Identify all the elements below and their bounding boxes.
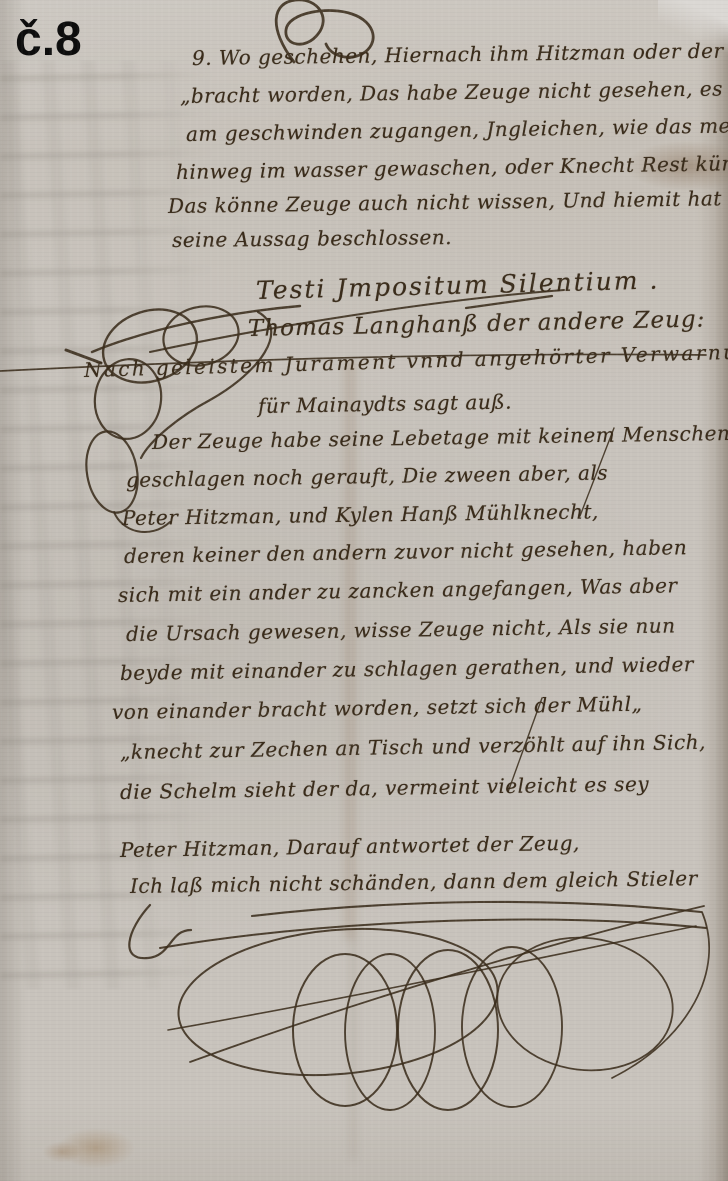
archival-number-label: č.8 <box>15 16 82 64</box>
fold-crease-lower <box>349 930 357 1160</box>
manuscript-line: Peter Hitzman, und Kylen Hanß Mühlknecht… <box>122 501 599 528</box>
oath-line: für Mainaydts sagt auß. <box>258 392 512 416</box>
manuscript-line: seine Aussag beschlossen. <box>172 227 452 250</box>
manuscript-line: hinweg im wasser gewaschen, oder Knecht … <box>176 153 728 182</box>
manuscript-line: Das könne Zeuge auch nicht wissen, Und h… <box>168 188 728 216</box>
manuscript-line: „bracht worden, Das habe Zeuge nicht ges… <box>180 77 728 106</box>
manuscript-line: Der Zeuge habe seine Lebetage mit keinem… <box>152 422 728 452</box>
manuscript-line: die Schelm sieht der da, vermeint vielei… <box>120 774 649 802</box>
manuscript-page-photo: č.8 9. Wo geschehen, Hiernach ihm Hitzma… <box>0 0 728 1181</box>
manuscript-line: Ich laß mich nicht schänden, dann dem gl… <box>130 868 698 896</box>
manuscript-line: geschlagen noch gerauft, Die zween aber,… <box>126 462 608 490</box>
manuscript-line: am geschwinden zugangen, Jngleichen, wie… <box>186 115 728 144</box>
manuscript-line: Peter Hitzman, Darauf antwortet der Zeug… <box>120 833 580 860</box>
witness-heading: Thomas Langhanß der andere Zeug: <box>248 308 706 341</box>
manuscript-line: von einander bracht worden, setzt sich d… <box>112 694 643 722</box>
latin-heading: Testi Jmpositum Silentium . <box>256 267 660 303</box>
manuscript-line: 9. Wo geschehen, Hiernach ihm Hitzman od… <box>192 39 728 68</box>
